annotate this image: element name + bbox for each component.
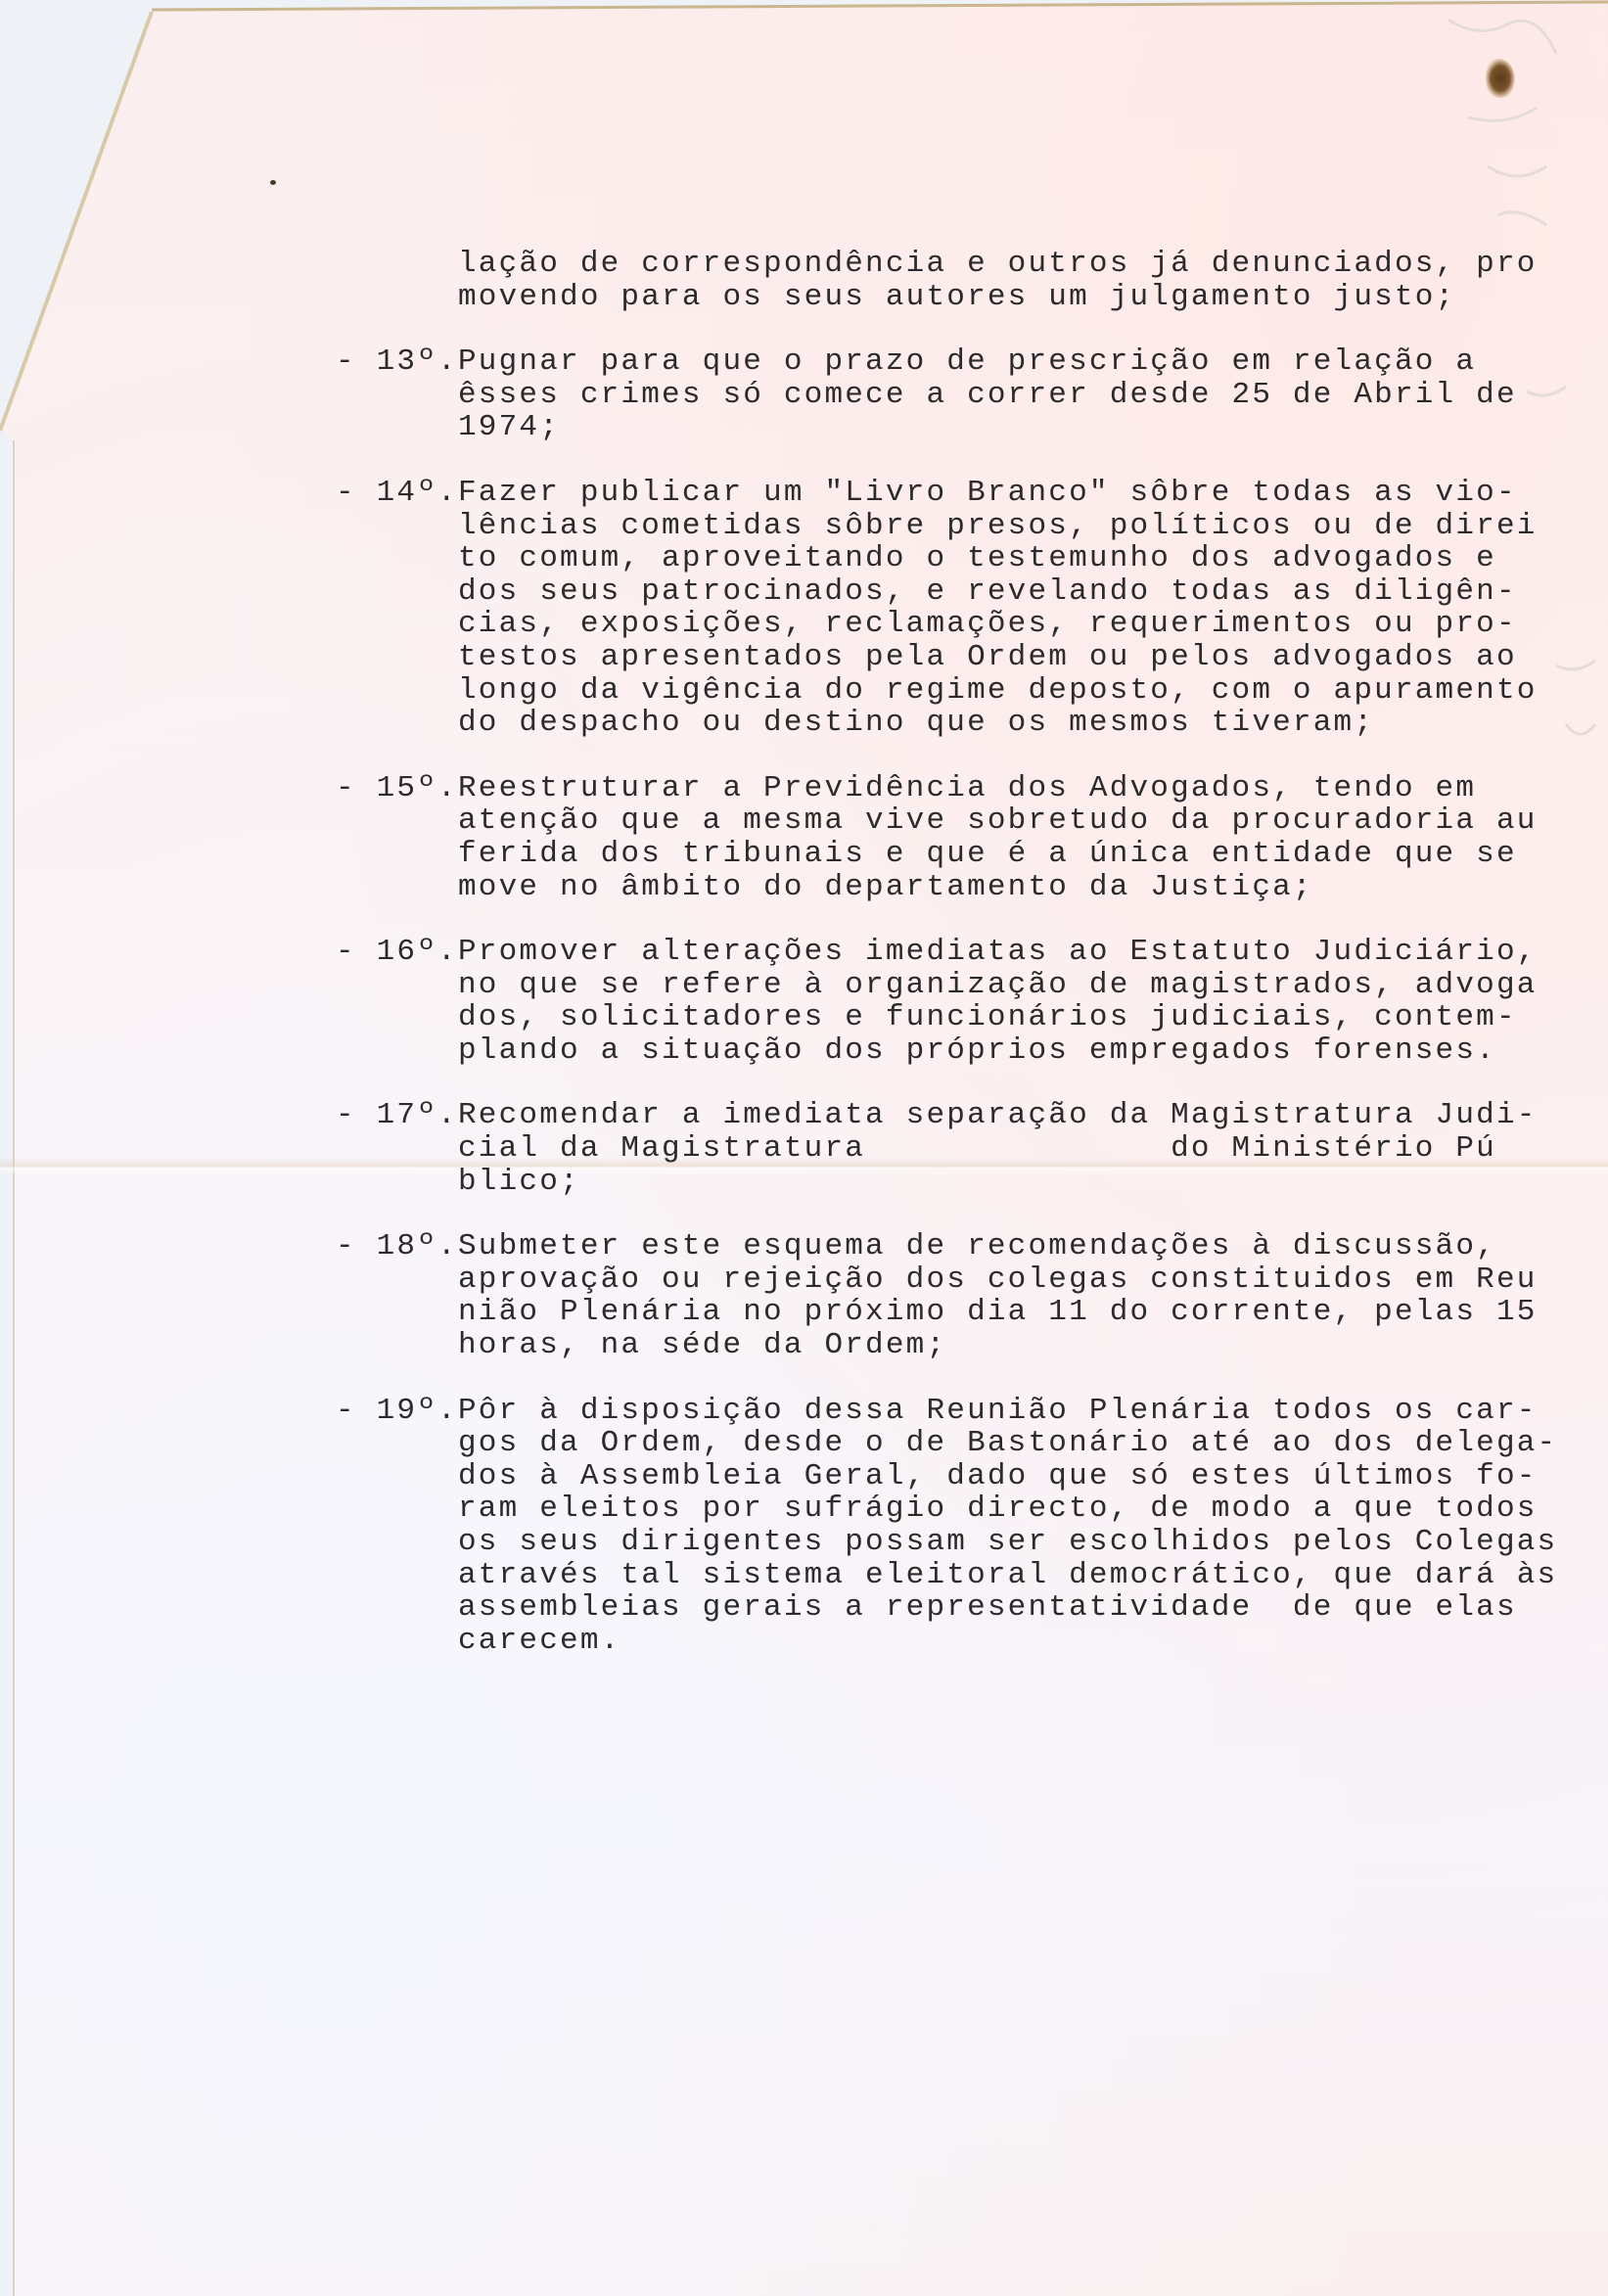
- text-line: Reestruturar a Previdência dos Advogados…: [458, 772, 1569, 805]
- text-line: longo da vigência do regime deposto, com…: [458, 674, 1569, 708]
- list-item: - 13º.Pugnar para que o prazo de prescri…: [336, 345, 1569, 444]
- text-line: carecem.: [458, 1625, 1569, 1658]
- list-item: - 16º.Promover alterações imediatas ao E…: [336, 936, 1569, 1067]
- text-line: assembleias gerais a representatividade …: [458, 1591, 1569, 1625]
- text-line: cias, exposições, reclamações, requerime…: [458, 608, 1569, 641]
- rust-stain: [1486, 59, 1515, 98]
- ink-speck: [270, 180, 276, 185]
- text-line: dos, solicitadores e funcionários judici…: [458, 1001, 1569, 1034]
- text-line: Recomendar a imediata separação da Magis…: [458, 1099, 1569, 1132]
- text-line: dos seus patrocinados, e revelando todas…: [458, 575, 1569, 609]
- list-item: - 15º.Reestruturar a Previdência dos Adv…: [336, 772, 1569, 903]
- item-number: - 15º.: [336, 772, 458, 805]
- list-item: - 14º.Fazer publicar um "Livro Branco" s…: [336, 477, 1569, 740]
- text-line: dos à Assembleia Geral, dado que só este…: [458, 1460, 1569, 1493]
- item-number: - 13º.: [336, 345, 458, 379]
- item-number: - 16º.: [336, 936, 458, 969]
- text-line: testos apresentados pela Ordem ou pelos …: [458, 641, 1569, 674]
- item-number: - 19º.: [336, 1395, 458, 1428]
- text-line: movendo para os seus autores um julgamen…: [458, 281, 1569, 314]
- text-line: Promover alterações imediatas ao Estatut…: [458, 936, 1569, 969]
- numbered-items: - 13º.Pugnar para que o prazo de prescri…: [336, 345, 1569, 1657]
- continuation-paragraph: lação de correspondência e outros já den…: [336, 248, 1569, 313]
- text-line: através tal sistema eleitoral democrátic…: [458, 1559, 1569, 1592]
- text-line: 1974;: [458, 411, 1569, 444]
- text-line: ferida dos tribunais e que é a única ent…: [458, 838, 1569, 871]
- text-line: os seus dirigentes possam ser escolhidos…: [458, 1526, 1569, 1559]
- list-item: - 18º.Submeter este esquema de recomenda…: [336, 1230, 1569, 1361]
- typed-document-body: lação de correspondência e outros já den…: [336, 248, 1569, 1657]
- text-line: Pôr à disposição dessa Reunião Plenária …: [458, 1395, 1569, 1428]
- text-line: do despacho ou destino que os mesmos tiv…: [458, 707, 1569, 740]
- list-item: - 19º.Pôr à disposição dessa Reunião Ple…: [336, 1395, 1569, 1658]
- text-line: aprovação ou rejeição dos colegas consti…: [458, 1263, 1569, 1297]
- item-number: - 18º.: [336, 1230, 458, 1263]
- text-line: to comum, aproveitando o testemunho dos …: [458, 542, 1569, 575]
- text-line: atenção que a mesma vive sobretudo da pr…: [458, 804, 1569, 838]
- text-line: move no âmbito do departamento da Justiç…: [458, 871, 1569, 904]
- text-line: gos da Ordem, desde o de Bastonário até …: [458, 1427, 1569, 1460]
- text-line: blico;: [458, 1166, 1569, 1199]
- text-line: lências cometidas sôbre presos, político…: [458, 510, 1569, 543]
- text-line: êsses crimes só comece a correr desde 25…: [458, 379, 1569, 412]
- text-line: nião Plenária no próximo dia 11 do corre…: [458, 1296, 1569, 1329]
- text-line: Pugnar para que o prazo de prescrição em…: [458, 345, 1569, 379]
- item-number: - 17º.: [336, 1099, 458, 1132]
- text-line: Submeter este esquema de recomendações à…: [458, 1230, 1569, 1263]
- text-line: cial da Magistratura do Ministério Pú: [458, 1132, 1569, 1166]
- text-line: no que se refere à organização de magist…: [458, 969, 1569, 1002]
- text-line: horas, na séde da Ordem;: [458, 1329, 1569, 1362]
- item-number: - 14º.: [336, 477, 458, 510]
- list-item: - 17º.Recomendar a imediata separação da…: [336, 1099, 1569, 1198]
- text-line: plando a situação dos próprios empregado…: [458, 1034, 1569, 1068]
- text-line: lação de correspondência e outros já den…: [458, 248, 1569, 281]
- text-line: ram eleitos por sufrágio directo, de mod…: [458, 1492, 1569, 1526]
- text-line: Fazer publicar um "Livro Branco" sôbre t…: [458, 477, 1569, 510]
